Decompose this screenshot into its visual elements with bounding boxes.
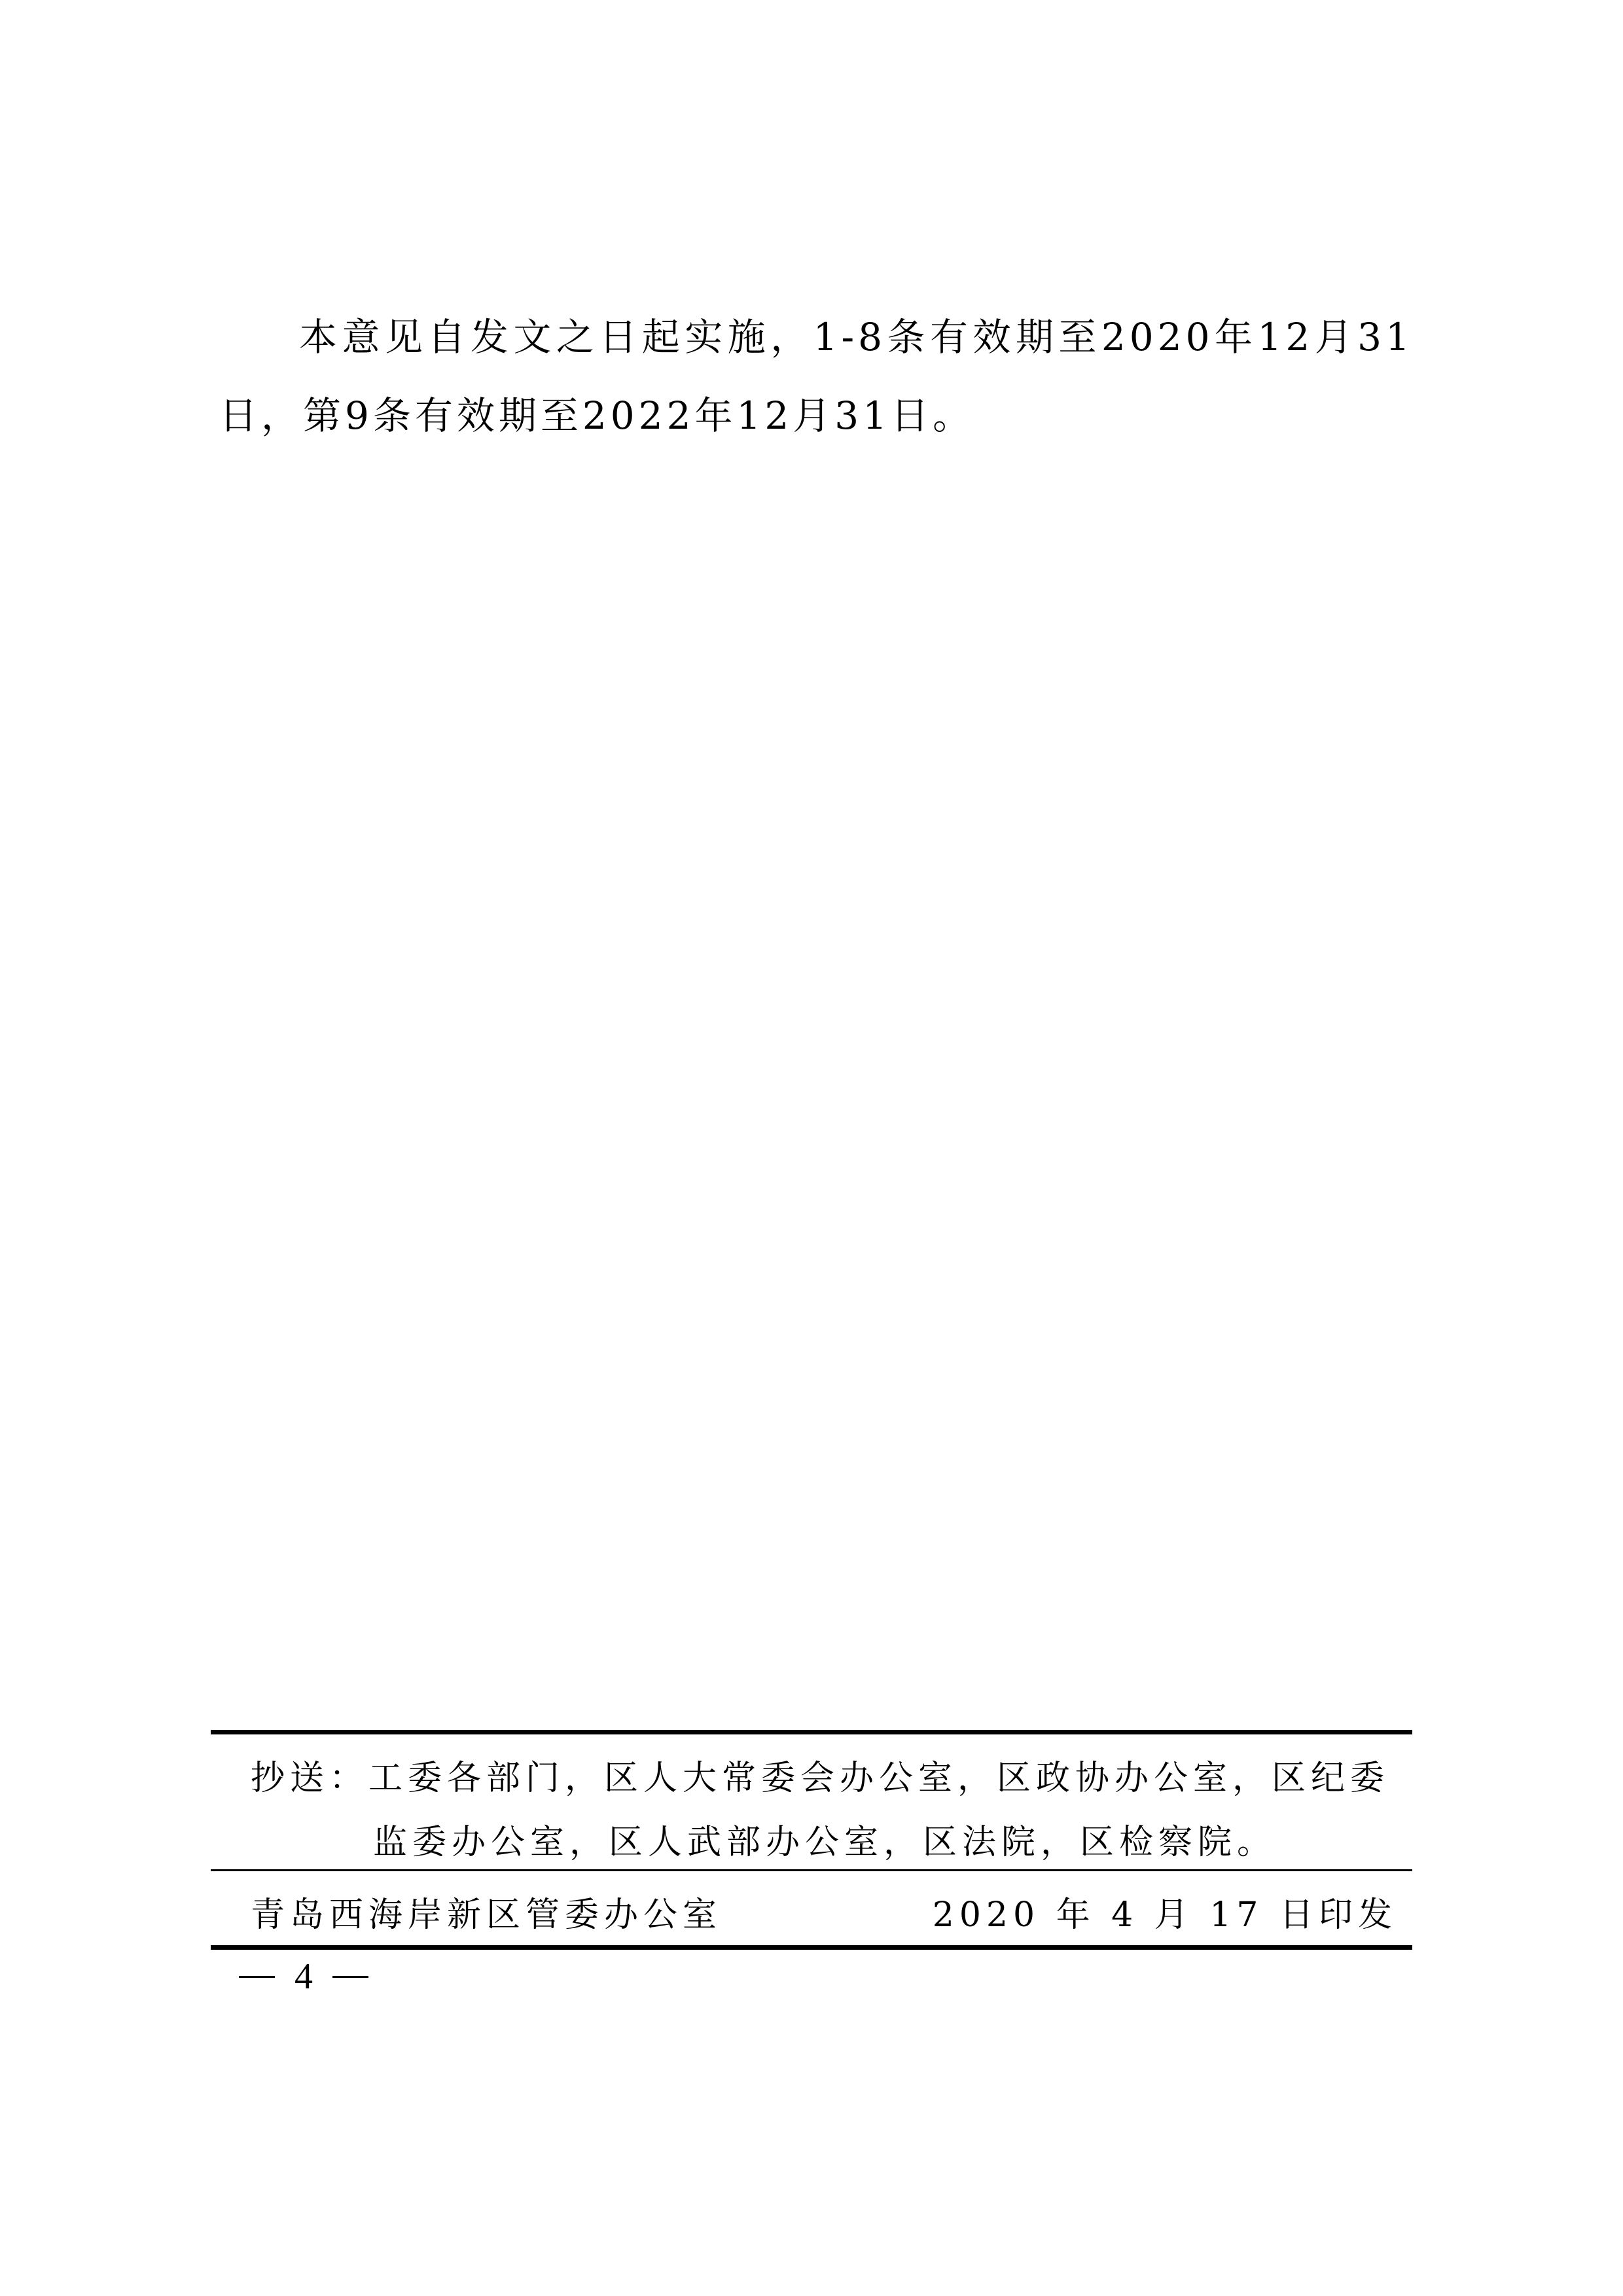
cc-label: 抄送： — [251, 1759, 368, 1798]
body-paragraph: 本意见自发文之日起实施，1-8条有效期至2020年12月31日，第9条有效期至2… — [219, 298, 1414, 455]
cc-recipients-2: 监委办公室，区人武部办公室，区法院，区检察院。 — [251, 1810, 1402, 1874]
page-number-right-dash — [332, 1976, 368, 1978]
cc-distribution-block: 抄送：工委各部门，区人大常委会办公室，区政协办公室，区纪委 监委办公室，区人武部… — [251, 1746, 1402, 1874]
page-number-value: 4 — [294, 1957, 313, 1996]
issue-date: 2020 年 4 月 17 日印发 — [933, 1887, 1397, 1936]
issuing-office: 青岛西海岸新区管委办公室 — [251, 1887, 722, 1936]
issuance-row: 青岛西海岸新区管委办公室 2020 年 4 月 17 日印发 — [251, 1885, 1397, 1937]
distribution-top-rule — [211, 1730, 1412, 1734]
page-number-left-dash — [239, 1976, 275, 1978]
page-number: 4 — [239, 1957, 368, 1996]
cc-recipients-1: 工委各部门，区人大常委会办公室，区政协办公室，区纪委 — [368, 1759, 1389, 1798]
cc-line-1: 抄送：工委各部门，区人大常委会办公室，区政协办公室，区纪委 — [251, 1746, 1402, 1810]
document-page: 本意见自发文之日起实施，1-8条有效期至2020年12月31日，第9条有效期至2… — [0, 0, 1623, 2296]
distribution-bottom-rule — [211, 1945, 1412, 1950]
distribution-middle-rule — [211, 1869, 1412, 1871]
